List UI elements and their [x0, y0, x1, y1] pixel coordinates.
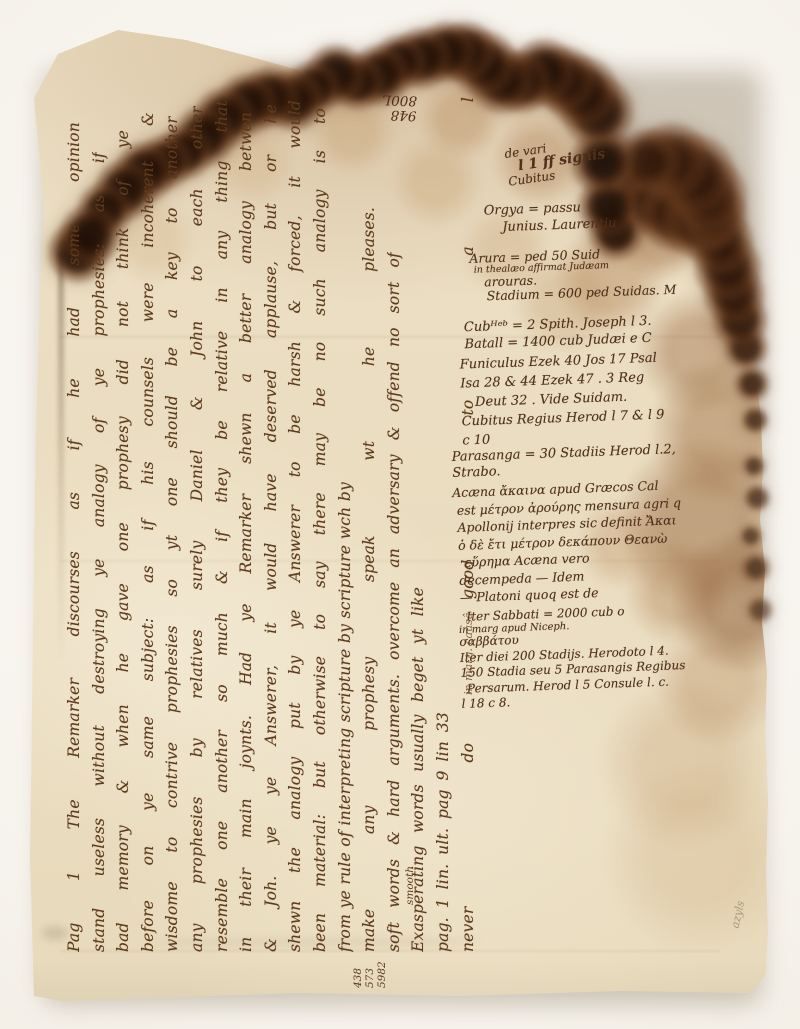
handwritten-line: shewn the analogy put by ye Answerer to …: [283, 100, 308, 952]
handwritten-line: resemble one another so much & if they b…: [210, 100, 235, 952]
inverted-page-numbers: 800L948: [381, 91, 417, 122]
handwritten-line: pag. 1 lin. ult. pag 9 lin 33 &c.: [431, 712, 456, 952]
inverted-number: 800L: [382, 91, 417, 107]
handwritten-line: stand useless without destroying ye anal…: [87, 152, 112, 952]
handwritten-line: wisdome to contrive prophesies so yt one…: [160, 116, 185, 952]
annotation-cluster-arura-stadium: Arura = ped 50 Suidin thealæo affirmat J…: [485, 245, 676, 304]
handwritten-line: Pag 1 The Remarker discourses as if he h…: [62, 122, 87, 952]
interlinear-insertion: smooth: [404, 845, 416, 905]
rotated-inventory-numbers: 4385735982: [352, 896, 388, 988]
handwritten-line: in their main joynts. Had ye Remarker sh…: [234, 112, 259, 952]
annotation-cluster-orgya: Orgya = passuJunius. Laurentiu: [501, 198, 616, 236]
handwritten-line: before on ye same subject: as if his cou…: [136, 112, 161, 952]
rotated-number: 5982: [376, 896, 388, 988]
main-handwritten-text: Pag 1 The Remarker discourses as if he h…: [62, 97, 482, 952]
handwritten-line: bad memory & when he gave one prophesy d…: [111, 130, 136, 952]
rotated-number: 573: [364, 896, 376, 988]
manuscript-photo: Pag 1 The Remarker discourses as if he h…: [0, 0, 800, 1029]
annotation-cluster-cubit-hebrew: Cubᴴᵉᵇ = 2 Spith. Joseph l 3.Batall = 14…: [463, 303, 652, 354]
handwritten-line: make any prophesy speak wt he pleases.: [357, 207, 382, 952]
rotated-number: 438: [352, 896, 364, 988]
handwritten-line: from ye rule of interpreting scripture b…: [333, 482, 358, 952]
handwritten-line: & Joh. ye ye Answerer, it would have des…: [259, 104, 284, 952]
annotation-cluster-acaena-greek: Acæna ἄκαινα apud Græcos Calest μέτρον ἀ…: [456, 476, 684, 606]
annotation-cluster-funiculus-refs: Funiculus Ezek 40 Jos 17 PsalIsa 28 & 44…: [459, 348, 665, 450]
handwritten-line: been material: but otherwise to say ther…: [308, 108, 333, 952]
vertical-margin-note: in marg. causâ: [462, 565, 475, 695]
handwritten-line: any prophesies by relatives surely Danie…: [185, 106, 210, 952]
annotation-cluster-iter-sabbati: Iter Sabbati = 2000 cub oin marg apud Ni…: [458, 602, 686, 712]
handwritten-line: soft words & hard arguments. overcome an…: [382, 252, 407, 952]
inverted-number: 948: [381, 106, 416, 122]
